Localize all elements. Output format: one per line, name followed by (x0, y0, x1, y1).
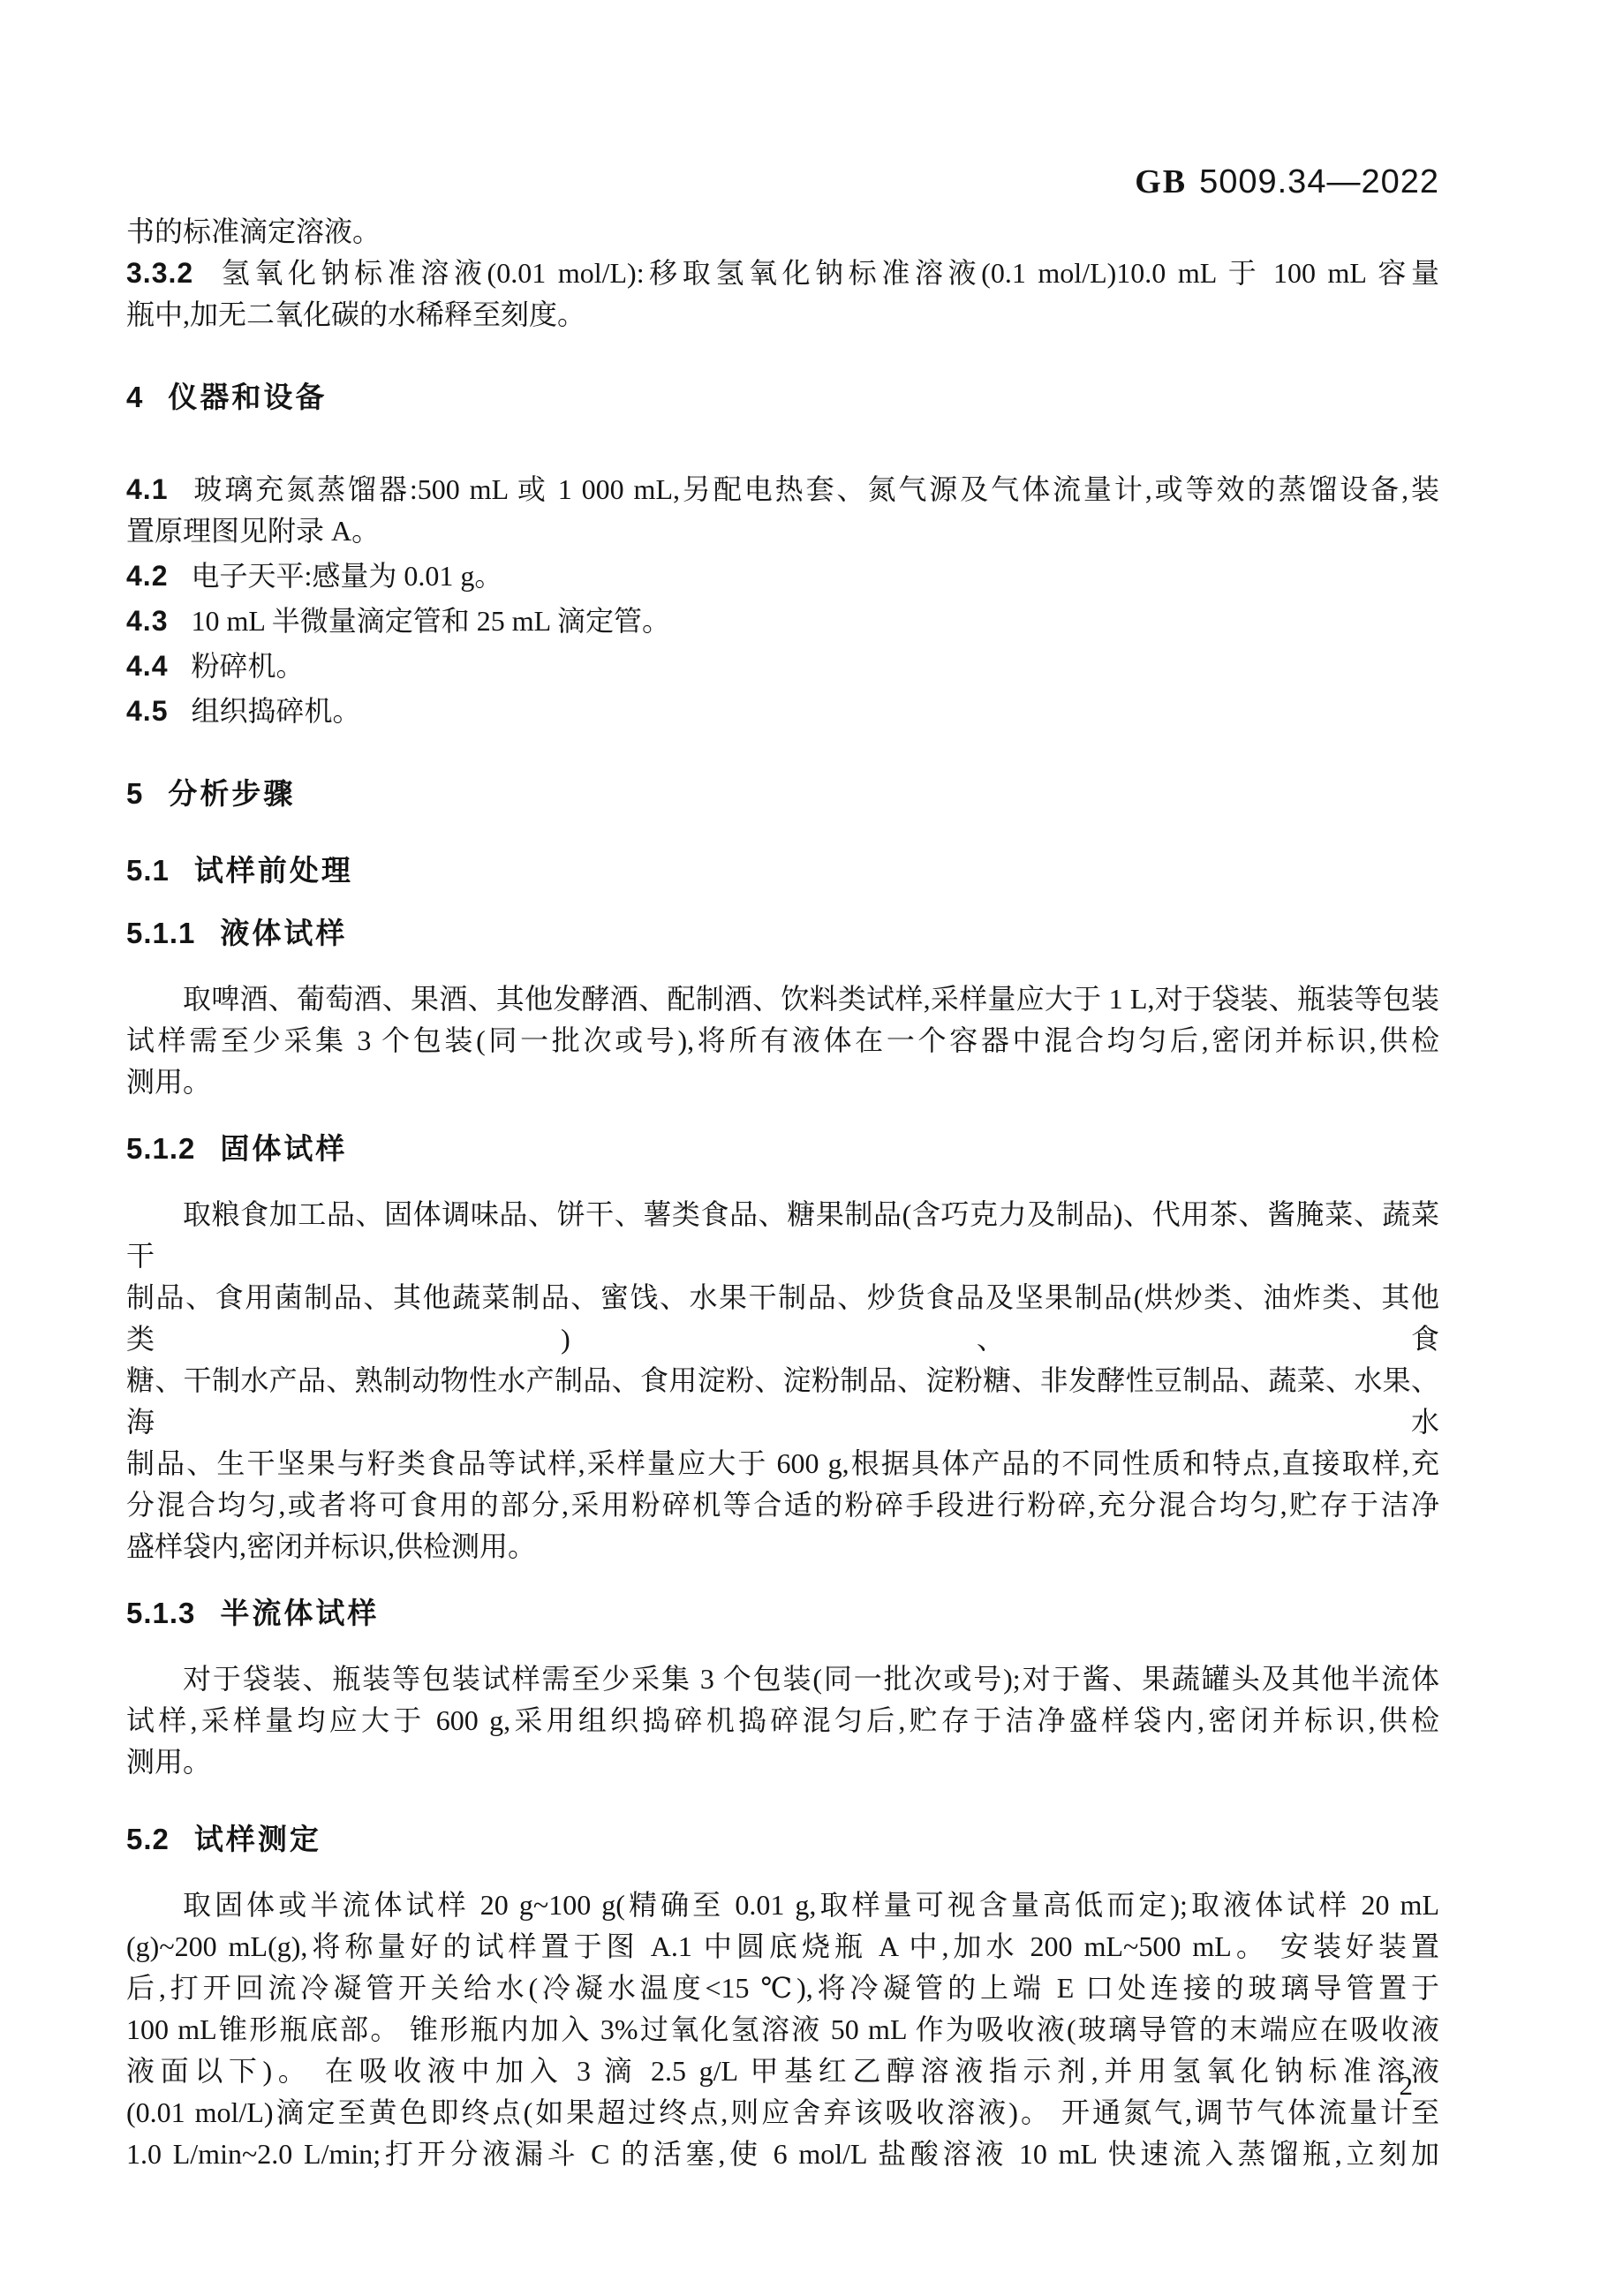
line-text: 对于袋装、瓶装等包装试样需至少采集 3 个包装(同一批次或号);对于酱、果蔬罐头… (183, 1663, 1439, 1695)
subsubsection-heading: 5.1.1液体试样 (126, 912, 1439, 954)
text-line: 对于袋装、瓶装等包装试样需至少采集 3 个包装(同一批次或号);对于酱、果蔬罐头… (126, 1658, 1439, 1700)
clause-number: 5.1.1 (126, 917, 195, 949)
line-text: 瓶中,加无二氧化碳的水稀释至刻度。 (126, 298, 585, 330)
line-text: 取粮食加工品、固体调味品、饼干、薯类食品、糖果制品(含巧克力及制品)、代用茶、酱… (126, 1198, 1439, 1272)
line-text: 测用。 (126, 1066, 211, 1098)
body-paragraph: 取啤酒、葡萄酒、果酒、其他发酵酒、配制酒、饮料类试样,采样量应大于 1 L,对于… (126, 978, 1439, 1103)
line-text: 盛样袋内,密闭并标识,供检测用。 (126, 1530, 536, 1562)
line-text: 取固体或半流体试样 20 g~100 g(精确至 0.01 g,取样量可视含量高… (183, 1889, 1439, 1921)
line-text: 制品、生干坚果与籽类食品等试样,采样量应大于 600 g,根据具体产品的不同性质… (126, 1447, 1439, 1479)
text-line: 制品、食用菌制品、其他蔬菜制品、蜜饯、水果干制品、炒货食品及坚果制品(烘炒类、油… (126, 1277, 1439, 1360)
heading-label: 试样前处理 (194, 854, 353, 887)
document-content: 书的标准滴定溶液。3.3.2氢氧化钠标准溶液(0.01 mol/L):移取氢氧化… (126, 0, 1439, 2200)
text-line: 取粮食加工品、固体调味品、饼干、薯类食品、糖果制品(含巧克力及制品)、代用茶、酱… (126, 1194, 1439, 1277)
line-text: 糖、干制水产品、熟制动物性水产制品、食用淀粉、淀粉制品、淀粉糖、非发酵性豆制品、… (126, 1364, 1439, 1438)
equipment-item: 4.5组织捣碎机。 (126, 691, 1439, 732)
line-text: 取啤酒、葡萄酒、果酒、其他发酵酒、配制酒、饮料类试样,采样量应大于 1 L,对于… (183, 983, 1439, 1015)
line-text: 后,打开回流冷凝管开关给水(冷凝水温度<15 ℃),将冷凝管的上端 E 口处连接… (126, 1972, 1439, 2004)
text-line: 取啤酒、葡萄酒、果酒、其他发酵酒、配制酒、饮料类试样,采样量应大于 1 L,对于… (126, 978, 1439, 1020)
body-paragraph: 取固体或半流体试样 20 g~100 g(精确至 0.01 g,取样量可视含量高… (126, 1884, 1439, 2175)
text-line: 1.0 L/min~2.0 L/min;打开分液漏斗 C 的活塞,使 6 mol… (126, 2134, 1439, 2175)
continuation-text: 书的标准滴定溶液。 (126, 211, 1439, 253)
line-text: 制品、食用菌制品、其他蔬菜制品、蜜饯、水果干制品、炒货食品及坚果制品(烘炒类、油… (126, 1281, 1439, 1355)
line-text: 10 mL 半微量滴定管和 25 mL 滴定管。 (191, 605, 670, 637)
clause-paragraph: 3.3.2氢氧化钠标准溶液(0.01 mol/L):移取氢氧化钠标准溶液(0.1… (126, 253, 1439, 336)
line-text: 粉碎机。 (191, 650, 304, 682)
text-line: 试样需至少采集 3 个包装(同一批次或号),将所有液体在一个容器中混合均匀后,密… (126, 1020, 1439, 1061)
body-paragraph: 取粮食加工品、固体调味品、饼干、薯类食品、糖果制品(含巧克力及制品)、代用茶、酱… (126, 1194, 1439, 1567)
text-line: 4.5组织捣碎机。 (126, 691, 1439, 732)
clause-paragraph: 4.1玻璃充氮蒸馏器:500 mL 或 1 000 mL,另配电热套、氮气源及气… (126, 469, 1439, 552)
text-line: 后,打开回流冷凝管开关给水(冷凝水温度<15 ℃),将冷凝管的上端 E 口处连接… (126, 1967, 1439, 2009)
text-line: 100 mL锥形瓶底部。 锥形瓶内加入 3%过氧化氢溶液 50 mL 作为吸收液… (126, 2009, 1439, 2051)
text-line: 糖、干制水产品、熟制动物性水产制品、食用淀粉、淀粉制品、淀粉糖、非发酵性豆制品、… (126, 1360, 1439, 1443)
clause-number: 5.2 (126, 1823, 170, 1855)
clause-number: 4.5 (126, 695, 168, 727)
subsection-heading: 5.1试样前处理 (126, 850, 1439, 891)
document-page: GB5009.34—2022 书的标准滴定溶液。3.3.2氢氧化钠标准溶液(0.… (0, 0, 1623, 2296)
text-line: 书的标准滴定溶液。 (126, 211, 1439, 253)
text-line: 3.3.2氢氧化钠标准溶液(0.01 mol/L):移取氢氧化钠标准溶液(0.1… (126, 253, 1439, 294)
line-text: 试样,采样量均应大于 600 g,采用组织捣碎机捣碎混匀后,贮存于洁净盛样袋内,… (126, 1704, 1439, 1736)
text-line: 测用。 (126, 1061, 1439, 1103)
body-paragraph: 对于袋装、瓶装等包装试样需至少采集 3 个包装(同一批次或号);对于酱、果蔬罐头… (126, 1658, 1439, 1783)
text-line: 测用。 (126, 1741, 1439, 1783)
text-line: 取固体或半流体试样 20 g~100 g(精确至 0.01 g,取样量可视含量高… (126, 1884, 1439, 1926)
subsubsection-heading: 5.1.2固体试样 (126, 1128, 1439, 1169)
line-text: 玻璃充氮蒸馏器:500 mL 或 1 000 mL,另配电热套、氮气源及气体流量… (191, 473, 1439, 505)
line-text: 100 mL锥形瓶底部。 锥形瓶内加入 3%过氧化氢溶液 50 mL 作为吸收液… (126, 2013, 1439, 2045)
text-line: 盛样袋内,密闭并标识,供检测用。 (126, 1526, 1439, 1567)
line-text: 氢氧化钠标准溶液(0.01 mol/L):移取氢氧化钠标准溶液(0.1 mol/… (216, 257, 1439, 289)
clause-number: 4.1 (126, 473, 168, 505)
text-line: 4.4粉碎机。 (126, 646, 1439, 687)
clause-number: 3.3.2 (126, 257, 193, 289)
equipment-item: 4.4粉碎机。 (126, 646, 1439, 687)
clause-number: 5.1.2 (126, 1132, 195, 1165)
equipment-item: 4.310 mL 半微量滴定管和 25 mL 滴定管。 (126, 600, 1439, 642)
line-text: 分混合均匀,或者将可食用的部分,采用粉碎机等合适的粉碎手段进行粉碎,充分混合均匀… (126, 1489, 1439, 1521)
clause-number: 5.1 (126, 854, 170, 887)
line-text: 1.0 L/min~2.0 L/min;打开分液漏斗 C 的活塞,使 6 mol… (126, 2138, 1439, 2170)
page-number: 2 (1400, 2070, 1414, 2101)
clause-number: 4.3 (126, 605, 168, 637)
line-text: 置原理图见附录 A。 (126, 515, 380, 547)
line-text: 书的标准滴定溶液。 (126, 215, 381, 247)
text-line: 置原理图见附录 A。 (126, 510, 1439, 552)
subsection-heading: 5.2试样测定 (126, 1818, 1439, 1860)
line-text: 组织捣碎机。 (191, 695, 360, 727)
line-text: (g)~200 mL(g),将称量好的试样置于图 A.1 中圆底烧瓶 A 中,加… (126, 1930, 1439, 1962)
subsubsection-heading: 5.1.3半流体试样 (126, 1592, 1439, 1634)
text-line: 试样,采样量均应大于 600 g,采用组织捣碎机捣碎混匀后,贮存于洁净盛样袋内,… (126, 1700, 1439, 1741)
text-line: 4.2电子天平:感量为 0.01 g。 (126, 555, 1439, 597)
line-text: 测用。 (126, 1746, 211, 1778)
heading-label: 固体试样 (220, 1132, 347, 1165)
line-text: 试样需至少采集 3 个包装(同一批次或号),将所有液体在一个容器中混合均匀后,密… (126, 1024, 1439, 1056)
text-line: (g)~200 mL(g),将称量好的试样置于图 A.1 中圆底烧瓶 A 中,加… (126, 1926, 1439, 1967)
heading-label: 液体试样 (220, 917, 347, 949)
line-text: 电子天平:感量为 0.01 g。 (191, 560, 502, 592)
clause-number: 4 (126, 381, 143, 413)
page-footer: 2 (126, 2068, 1439, 2103)
text-line: 4.1玻璃充氮蒸馏器:500 mL 或 1 000 mL,另配电热套、氮气源及气… (126, 469, 1439, 510)
text-line: 4.310 mL 半微量滴定管和 25 mL 滴定管。 (126, 600, 1439, 642)
section-heading: 5分析步骤 (126, 773, 1439, 814)
clause-number: 5 (126, 777, 143, 810)
text-line: 分混合均匀,或者将可食用的部分,采用粉碎机等合适的粉碎手段进行粉碎,充分混合均匀… (126, 1484, 1439, 1526)
heading-label: 仪器和设备 (168, 381, 327, 413)
section-heading: 4仪器和设备 (126, 376, 1439, 418)
equipment-item: 4.2电子天平:感量为 0.01 g。 (126, 555, 1439, 597)
clause-number: 4.4 (126, 650, 168, 682)
text-line: 制品、生干坚果与籽类食品等试样,采样量应大于 600 g,根据具体产品的不同性质… (126, 1443, 1439, 1484)
text-line: 瓶中,加无二氧化碳的水稀释至刻度。 (126, 294, 1439, 336)
heading-label: 半流体试样 (220, 1597, 379, 1629)
clause-number: 4.2 (126, 560, 168, 592)
heading-label: 分析步骤 (168, 777, 295, 810)
clause-number: 5.1.3 (126, 1597, 195, 1629)
heading-label: 试样测定 (194, 1823, 321, 1855)
